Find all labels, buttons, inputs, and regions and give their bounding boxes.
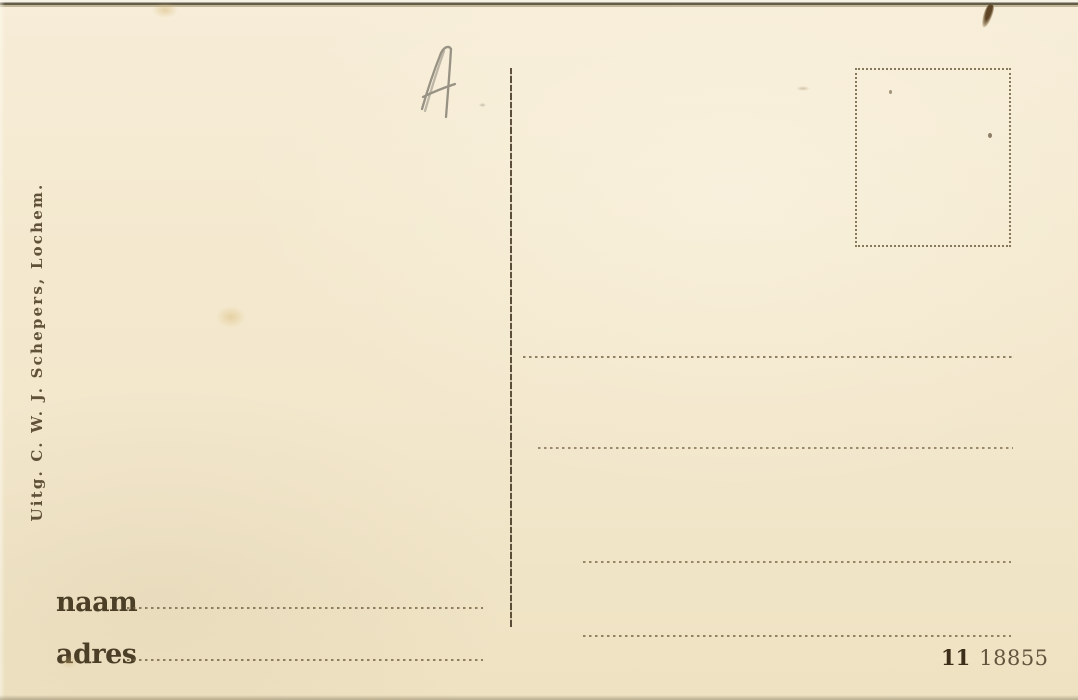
name-field-line	[127, 607, 483, 609]
address-line	[583, 561, 1011, 563]
serial-number: 11 18855	[941, 647, 1049, 669]
address-line	[538, 447, 1013, 449]
address-line	[523, 356, 1013, 358]
card-bottom-edge	[0, 695, 1078, 700]
divider-line	[510, 68, 512, 627]
address-field-label: adres	[56, 641, 136, 668]
postcard-back: Uitg. C. W. J. Schepers, Lochem. naam ad…	[0, 0, 1078, 700]
card-top-edge	[0, 0, 1078, 7]
ink-stain	[980, 3, 996, 29]
pencil-smudge	[479, 103, 486, 107]
address-field-line	[127, 659, 483, 661]
name-field-label: naam	[56, 589, 137, 616]
stamp-box	[855, 68, 1011, 247]
publisher-imprint: Uitg. C. W. J. Schepers, Lochem.	[28, 183, 46, 522]
card-left-edge	[0, 0, 5, 700]
address-line	[583, 635, 1011, 637]
handwritten-letter-a	[405, 40, 475, 125]
serial-series: 11	[941, 647, 970, 668]
serial-digits: 18855	[979, 648, 1048, 669]
paper-smudge	[796, 86, 810, 91]
foxing-stain	[216, 306, 246, 328]
